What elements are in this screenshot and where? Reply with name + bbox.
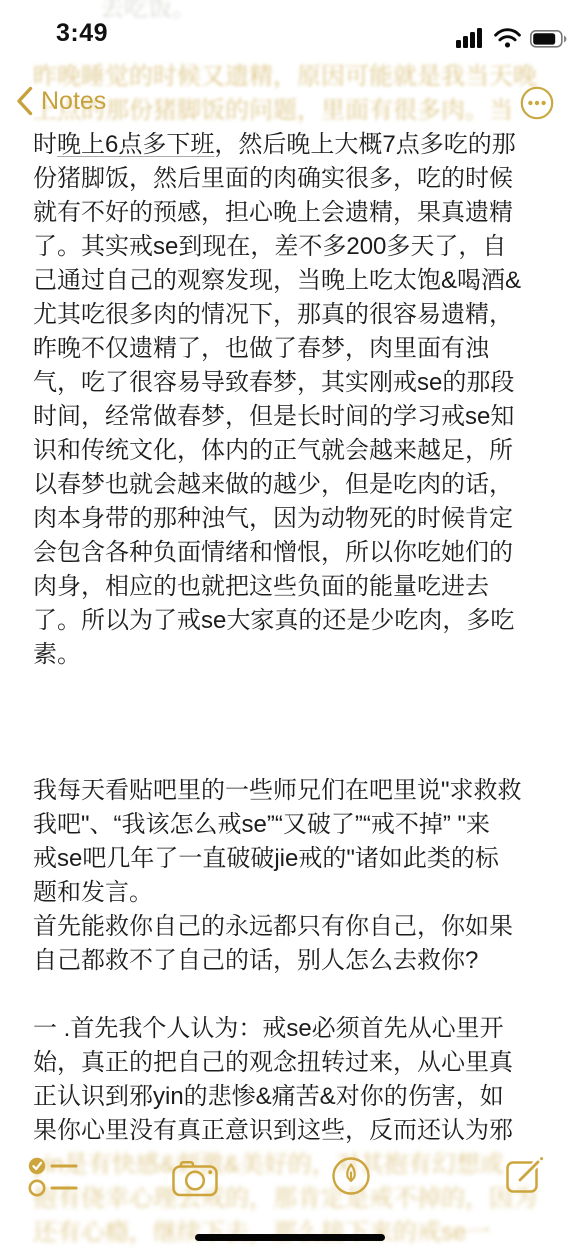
markup-button[interactable] bbox=[331, 1156, 371, 1199]
notes-app-screen: 去吃饭。 昨晚睡觉的时候又遗精，原因可能就是我当天晚 上点的那份猪脚饭的问题，里… bbox=[0, 0, 580, 1255]
status-bar: 3:49 bbox=[0, 0, 580, 55]
wifi-icon bbox=[493, 28, 522, 48]
back-button[interactable]: Notes bbox=[16, 86, 106, 116]
note-text-continued: ，然后晚上大概7点多吃的那 份猪脚饭，然后里面的肉确实很多，吃的时候 就有不好的… bbox=[33, 131, 522, 1144]
camera-icon bbox=[172, 1159, 218, 1197]
battery-icon bbox=[530, 30, 567, 48]
compose-button[interactable] bbox=[503, 1154, 547, 1201]
bottom-toolbar bbox=[0, 1146, 580, 1210]
scrolled-text-behind-toolbar-line3: 还有心瘾，继续下去，那么接下来的戒se一 bbox=[33, 1216, 574, 1250]
note-text: 时 bbox=[33, 131, 57, 158]
status-time: 3:49 bbox=[56, 19, 108, 48]
more-button[interactable] bbox=[520, 86, 554, 120]
detected-time-link[interactable]: 晚上6点多下班 bbox=[57, 131, 214, 158]
checklist-button[interactable] bbox=[27, 1156, 79, 1201]
chevron-left-icon bbox=[16, 86, 33, 116]
status-icons bbox=[456, 28, 567, 48]
camera-button[interactable] bbox=[172, 1159, 218, 1200]
cellular-signal-icon bbox=[456, 28, 485, 48]
markup-icon bbox=[331, 1156, 371, 1196]
note-content[interactable]: 时晚上6点多下班，然后晚上大概7点多吃的那 份猪脚饭，然后里面的肉确实很多，吃的… bbox=[33, 128, 573, 1148]
nav-bar: Notes bbox=[0, 80, 580, 132]
ellipsis-circle-icon bbox=[520, 86, 554, 120]
compose-icon bbox=[503, 1154, 547, 1198]
checklist-icon bbox=[27, 1156, 79, 1198]
back-button-label: Notes bbox=[41, 87, 106, 116]
home-indicator[interactable] bbox=[195, 1234, 385, 1241]
